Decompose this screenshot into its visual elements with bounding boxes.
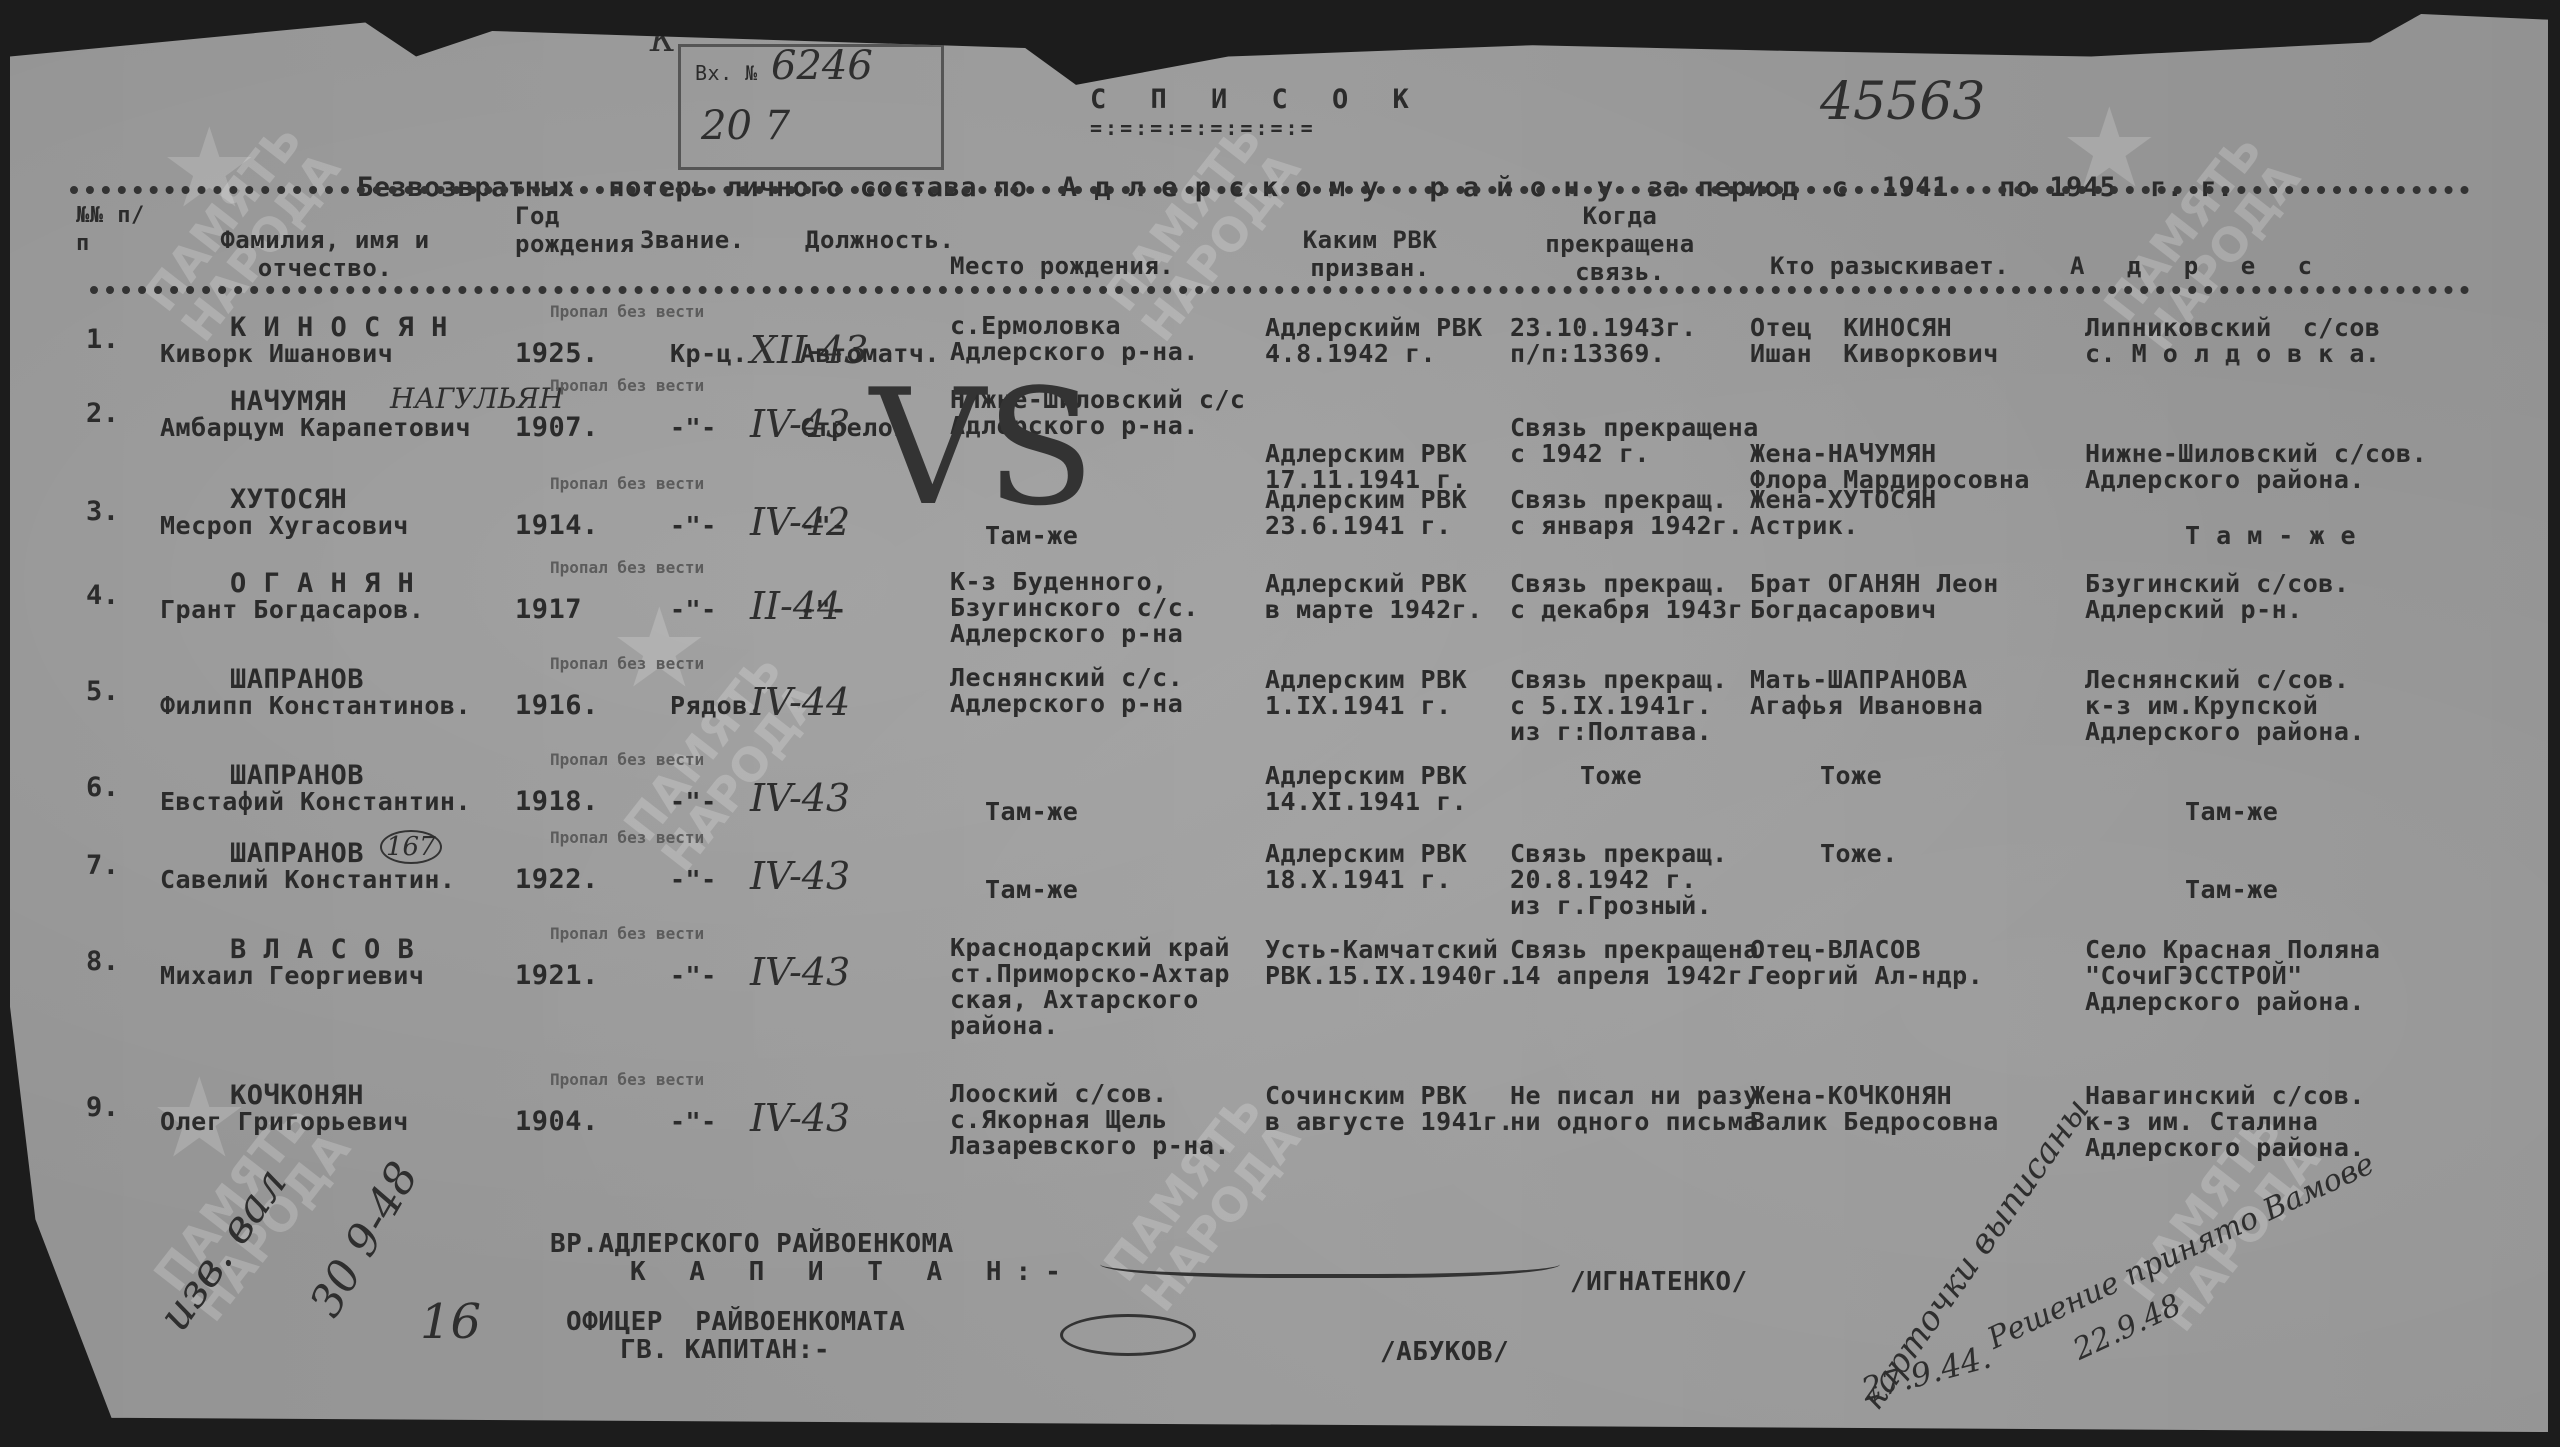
row-missing-note: Пропал без вести	[550, 558, 704, 577]
row-searcher: Отец-ВЛАСОВ	[1750, 936, 1921, 964]
star-watermark-icon: ★	[160, 104, 259, 232]
signature-1	[1100, 1244, 1560, 1278]
row-missing-date: IV-43	[750, 1096, 850, 1140]
col-header-searcher: Кто разыскивает.	[1770, 252, 2009, 280]
col-header-address: А д р е с	[2070, 252, 2326, 280]
row-surname: КОЧКОНЯН	[230, 1082, 364, 1110]
footer-title-1: ВР.АДЛЕРСКОГО РАЙВОЕНКОМА	[550, 1230, 954, 1258]
document-title: С П И С О К	[1090, 86, 1423, 114]
row-address: Адлерского района.	[2085, 466, 2365, 494]
row-missing-note: Пропал без вести	[550, 376, 704, 395]
row-rank: -"-	[670, 1108, 717, 1136]
row-missing-date: IV-43	[750, 776, 850, 820]
row-rvk: Адлерским РВК	[1265, 486, 1467, 514]
row-given-name: Амбарцум Карапетович	[160, 414, 471, 442]
row-address: Там-же	[2185, 876, 2278, 904]
row-address: Адлерского района.	[2085, 988, 2365, 1016]
row-birthplace: с.Ермоловка	[950, 312, 1121, 340]
row-rvk: РВК.15.IX.1940г.	[1265, 962, 1514, 990]
row-lost-contact: ни одного письма	[1510, 1108, 1759, 1136]
row-lost-contact: с 1942 г.	[1510, 440, 1650, 468]
row-rvk: 23.6.1941 г.	[1265, 512, 1452, 540]
row-surname-correction: НАГУЛЬЯН	[390, 382, 564, 415]
row-birthplace: Леснянский с/с.	[950, 664, 1183, 692]
row-rank: -"-	[670, 866, 717, 894]
row-lost-contact: Связь прекращ.	[1510, 486, 1728, 514]
row-lost-contact: Не писал ни разу	[1510, 1082, 1759, 1110]
row-lost-contact: Тоже	[1580, 762, 1642, 790]
row-rvk: Усть-Камчатский	[1265, 936, 1498, 964]
row-searcher: Валик Бедросовна	[1750, 1108, 1999, 1136]
row-birthplace: Краснодарский край	[950, 934, 1230, 962]
col-header-lost-contact: Когда прекращена связь.	[1520, 202, 1720, 286]
col-header-rvk: Каким РВК призван.	[1260, 226, 1480, 282]
row-address: Адлерского района.	[2085, 718, 2365, 746]
row-address: Леснянский с/сов.	[2085, 666, 2349, 694]
row-rvk: 18.X.1941 г.	[1265, 866, 1452, 894]
row-rvk: Адлерским РВК	[1265, 440, 1467, 468]
row-birthplace: ская, Ахтарского	[950, 986, 1199, 1014]
row-birth-year: 1904.	[515, 1108, 599, 1136]
row-surname: ХУТОСЯН	[230, 486, 347, 514]
row-address: к-з им. Сталина	[2085, 1108, 2318, 1136]
row-searcher: Ишан Киворкович	[1750, 340, 1999, 368]
row-birth-year: 1917	[515, 596, 582, 624]
row-surname: НАЧУМЯН	[230, 388, 347, 416]
row-address: Адлерского района.	[2085, 1134, 2365, 1162]
col-header-rank: Звание.	[640, 226, 745, 254]
row-birthplace: К-з Буденного,	[950, 568, 1168, 596]
row-address: Нижне-Шиловский с/сов.	[2085, 440, 2427, 468]
row-number: 9.	[86, 1094, 120, 1122]
row-surname: О Г А Н Я Н	[230, 570, 414, 598]
handwritten-check-mark: VS	[870, 354, 1095, 541]
row-address: Село Красная Поляна	[2085, 936, 2380, 964]
row-surname: ШАПРАНОВ	[230, 666, 364, 694]
row-lost-contact: п/п:13369.	[1510, 340, 1666, 368]
row-number: 3.	[86, 498, 120, 526]
row-rvk: Адлерскийм РВК	[1265, 314, 1483, 342]
row-rvk: 4.8.1942 г.	[1265, 340, 1436, 368]
row-birth-year: 1922.	[515, 866, 599, 894]
col-header-year: Год рождения	[515, 202, 615, 258]
row-birthplace: Бзугинского с/с.	[950, 594, 1199, 622]
row-lost-contact: 23.10.1943г.	[1510, 314, 1697, 342]
row-given-name: Месроп Хугасович	[160, 512, 409, 540]
row-address: с. М о л д о в к а.	[2085, 340, 2380, 368]
row-missing-note: Пропал без вести	[550, 1070, 704, 1089]
row-rvk: Адлерским РВК	[1265, 666, 1467, 694]
row-given-name: Олег Григорьевич	[160, 1108, 409, 1136]
row-rvk: 14.XI.1941 г.	[1265, 788, 1467, 816]
row-searcher: Тоже	[1820, 762, 1882, 790]
row-number: 1.	[86, 326, 120, 354]
row-address: Адлерский р-н.	[2085, 596, 2303, 624]
row-number: 7.	[86, 852, 120, 880]
row-lost-contact: с 5.IX.1941г.	[1510, 692, 1712, 720]
row-address: Там-же	[2185, 798, 2278, 826]
row-lost-contact: Связь прекращ.	[1510, 840, 1728, 868]
row-address: "СочиГЭССТРОЙ"	[2085, 962, 2303, 990]
row-searcher: Брат ОГАНЯН Леон	[1750, 570, 1999, 598]
row-missing-note: Пропал без вести	[550, 474, 704, 493]
row-birth-year: 1907.	[515, 414, 599, 442]
row-birth-year: 1914.	[515, 512, 599, 540]
row-address: Т а м - ж е	[2185, 522, 2356, 550]
row-surname: К И Н О С Я Н	[230, 314, 448, 342]
row-position: -"-	[800, 512, 847, 540]
row-missing-note: Пропал без вести	[550, 750, 704, 769]
footer-title-2: ОФИЦЕР РАЙВОЕНКОМАТА	[566, 1308, 905, 1336]
row-searcher: Отец КИНОСЯН	[1750, 314, 1952, 342]
row-missing-note: Пропал без вести	[550, 924, 704, 943]
row-missing-date: IV-44	[750, 680, 850, 724]
row-rank: -"-	[670, 596, 717, 624]
signer-name-2: /АБУКОВ/	[1380, 1338, 1509, 1366]
handwritten-mark-left: 16	[420, 1294, 481, 1350]
row-lost-contact: Связь прекращена	[1510, 414, 1759, 442]
title-ornament: =:=:=:=:=:=:=:=	[1090, 114, 1316, 142]
row-position: -"-	[800, 596, 847, 624]
row-searcher: Астрик.	[1750, 512, 1859, 540]
row-searcher: Жена-НАЧУМЯН	[1750, 440, 1937, 468]
row-given-name: Грант Богдасаров.	[160, 596, 424, 624]
row-rvk: в августе 1941г.	[1265, 1108, 1514, 1136]
row-missing-date: IV-43	[750, 854, 850, 898]
row-rank: -"-	[670, 962, 717, 990]
footer-rank-1: К А П И Т А Н:-	[630, 1258, 1075, 1286]
row-rvk: Адлерским РВК	[1265, 840, 1467, 868]
header-rule	[70, 186, 2470, 204]
col-header-name: Фамилия, имя и отчество.	[160, 226, 490, 282]
row-rvk: Адлерским РВК	[1265, 762, 1467, 790]
row-rank: Кр-ц.	[670, 340, 748, 368]
row-rvk: 1.IX.1941 г.	[1265, 692, 1452, 720]
row-address: Навагинский с/сов.	[2085, 1082, 2365, 1110]
archive-number: 45563	[1820, 72, 1985, 132]
row-surname: В Л А С О В	[230, 936, 414, 964]
row-lost-contact: 14 апреля 1942г.	[1510, 962, 1759, 990]
stamp-number: 6246	[771, 43, 873, 89]
row-birthplace: Адлерского р-на	[950, 690, 1183, 718]
row-given-name: Киворк Ишанович	[160, 340, 393, 368]
row-missing-note: Пропал без вести	[550, 828, 704, 847]
row-address: к-з им.Крупской	[2085, 692, 2318, 720]
stamp-date: 20 7	[701, 103, 790, 149]
row-lost-contact: 20.8.1942 г.	[1510, 866, 1697, 894]
row-lost-contact: с декабря 1943г	[1510, 596, 1743, 624]
row-birthplace: ст.Приморско-Ахтар	[950, 960, 1230, 988]
row-given-name: Филипп Константинов.	[160, 692, 471, 720]
row-searcher: Жена-ХУТОСЯН	[1750, 486, 1937, 514]
signer-name-1: /ИГНАТЕНКО/	[1570, 1268, 1748, 1296]
row-birthplace: Лооский с/сов.	[950, 1080, 1168, 1108]
row-lost-contact: Связь прекращ.	[1510, 570, 1728, 598]
row-lost-contact: из г.Грозный.	[1510, 892, 1712, 920]
col-header-position: Должность.	[805, 226, 925, 254]
row-lost-contact: с января 1942г.	[1510, 512, 1743, 540]
row-lost-contact: из г:Полтава.	[1510, 718, 1712, 746]
row-missing-note: Пропал без вести	[550, 654, 704, 673]
row-birthplace: Там-же	[985, 876, 1078, 904]
row-number: 4.	[86, 582, 120, 610]
row-birthplace: Там-же	[985, 798, 1078, 826]
row-birth-year: 1921.	[515, 962, 599, 990]
stamp-mark: К	[650, 20, 676, 60]
row-searcher: Агафья Ивановна	[1750, 692, 1983, 720]
header-bottom-rule	[90, 286, 2470, 304]
col-header-birthplace: Место рождения.	[950, 252, 1174, 280]
row-birthplace: Адлерского р-на	[950, 620, 1183, 648]
row-number: 6.	[86, 774, 120, 802]
row-number: 2.	[86, 400, 120, 428]
row-surname: ШАПРАНОВ	[230, 762, 364, 790]
row-lost-contact: Связь прекращена	[1510, 936, 1759, 964]
col-header-num: №№ п/п	[76, 202, 146, 258]
row-missing-date: IV-43	[750, 950, 850, 994]
row-rank: -"-	[670, 512, 717, 540]
row-lost-contact: Связь прекращ.	[1510, 666, 1728, 694]
row-rank: -"-	[670, 414, 717, 442]
footer-rank-2: ГВ. КАПИТАН:-	[620, 1336, 830, 1364]
row-number: 8.	[86, 948, 120, 976]
row-searcher: Георгий Ал-ндр.	[1750, 962, 1983, 990]
row-address: Бзугинский с/сов.	[2085, 570, 2349, 598]
row-circled-note: 167	[380, 830, 442, 864]
row-surname: ШАПРАНОВ	[230, 840, 364, 868]
document-sheet: ПАМЯТЬ НАРОДА ПАМЯТЬ НАРОДА ПАМЯТЬ НАРОД…	[10, 14, 2548, 1432]
row-rank: -"-	[670, 788, 717, 816]
row-birth-year: 1916.	[515, 692, 599, 720]
row-given-name: Савелий Константин.	[160, 866, 455, 894]
stamp-label: Вх. №	[695, 59, 758, 87]
row-given-name: Михаил Георгиевич	[160, 962, 424, 990]
row-searcher: Богдасарович	[1750, 596, 1937, 624]
signature-2	[1060, 1314, 1196, 1356]
row-birthplace: Лазаревского р-на.	[950, 1132, 1230, 1160]
row-searcher: Жена-КОЧКОНЯН	[1750, 1082, 1952, 1110]
row-given-name: Евстафий Константин.	[160, 788, 471, 816]
row-address: Липниковский с/сов	[2085, 314, 2380, 342]
row-searcher: Мать-ШАПРАНОВА	[1750, 666, 1968, 694]
row-rvk: в марте 1942г.	[1265, 596, 1483, 624]
row-searcher: Тоже.	[1820, 840, 1898, 868]
row-birth-year: 1925.	[515, 340, 599, 368]
row-number: 5.	[86, 678, 120, 706]
row-birth-year: 1918.	[515, 788, 599, 816]
row-rvk: Сочинским РВК	[1265, 1082, 1467, 1110]
row-birthplace: района.	[950, 1012, 1059, 1040]
row-missing-note: Пропал без вести	[550, 302, 704, 321]
row-birthplace: с.Якорная Щель	[950, 1106, 1168, 1134]
row-rvk: Адлерский РВК	[1265, 570, 1467, 598]
